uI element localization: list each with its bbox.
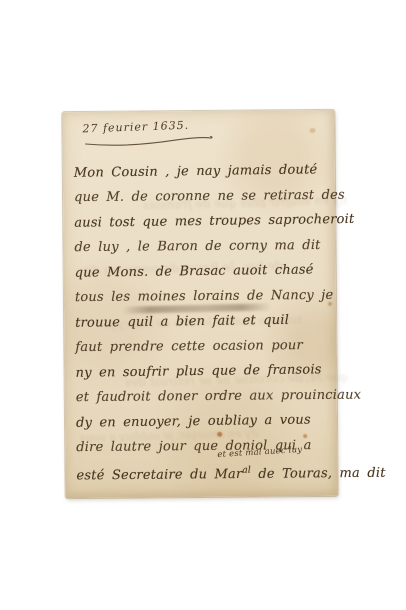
letter-line: que M. de coronne ne se retirast des xyxy=(74,183,330,210)
letter-line: trouue quil a bien fait et quil xyxy=(75,307,331,336)
letter-line: et faudroit doner ordre aux prouinciaux xyxy=(76,383,332,410)
letter-last-line: esté Secretaire du Maral de Touras, ma d… xyxy=(76,457,385,485)
letter-line: de luy , le Baron de corny ma dit xyxy=(74,233,330,260)
letter-line: Mon Cousin , je nay jamais douté xyxy=(74,157,330,186)
last-line-post: de Touras, ma dit xyxy=(251,466,386,482)
letter-line: tous les moines lorains de Nancy je xyxy=(75,283,331,310)
letter-line: que Mons. de Brasac auoit chasé xyxy=(75,257,331,286)
letter-line: ausi tost que mes troupes saprocheroit xyxy=(74,207,330,236)
photo-background: ny en soufrir plus que de fransois de lu… xyxy=(0,0,406,610)
letter-line: dy en enuoyer, je oubliay a vous xyxy=(76,407,332,436)
date-line: 27 feurier 1635. xyxy=(82,119,189,136)
letter-line: ny en soufrir plus que de fransois xyxy=(75,357,331,386)
last-line-pre: esté Secretaire du Mar xyxy=(76,467,242,483)
foxing-spot xyxy=(217,432,222,437)
foxing-spot xyxy=(309,128,315,133)
foxing-spot xyxy=(328,302,332,306)
date-underline-flourish xyxy=(85,134,215,147)
letter-page: ny en soufrir plus que de fransois de lu… xyxy=(62,110,337,498)
superscript-abbreviation: al xyxy=(242,466,251,476)
letter-body: Mon Cousin , je nay jamais douté que M. … xyxy=(74,158,333,460)
foxing-spot xyxy=(303,434,307,438)
letter-line: faut prendre cette ocasion pour xyxy=(75,333,331,360)
